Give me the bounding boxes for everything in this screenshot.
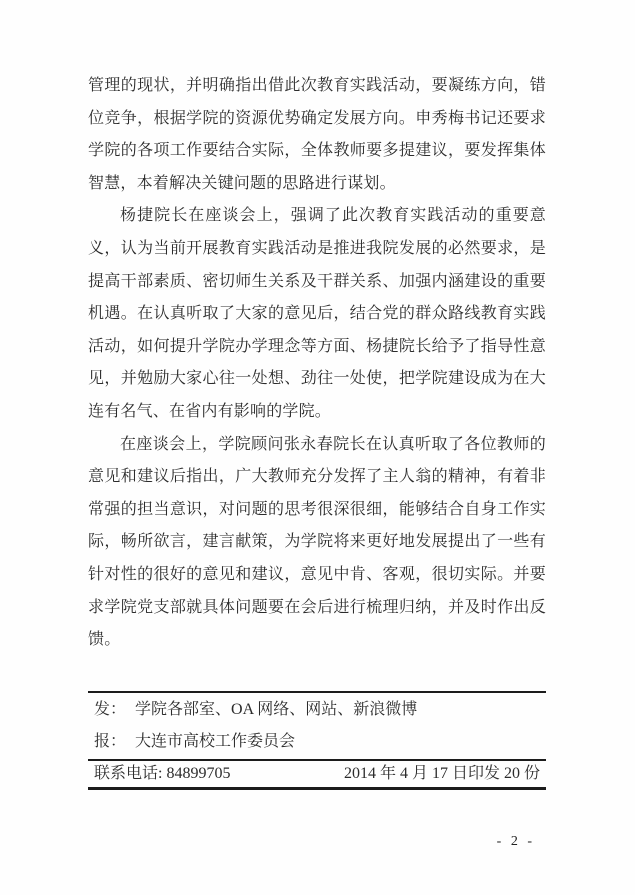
distribution-label: 发： xyxy=(94,701,126,718)
print-date-copies: 2014 年 4 月 17 日印发 20 份 xyxy=(344,761,540,787)
contact-phone: 联系电话: 84899705 xyxy=(94,761,230,787)
distribution-value: 学院各部室、OA 网络、网站、新浪微博 xyxy=(135,701,417,718)
report-line: 报：大连市高校工作委员会 xyxy=(88,726,546,758)
distribution-line: 发：学院各部室、OA 网络、网站、新浪微博 xyxy=(88,694,546,726)
report-value: 大连市高校工作委员会 xyxy=(135,733,295,750)
paragraph-yangjie-remarks: 杨捷院长在座谈会上，强调了此次教育实践活动的重要意义，认为当前开展教育实践活动是… xyxy=(88,200,546,428)
paragraph-zhangyongchun-remarks: 在座谈会上，学院顾问张永春院长在认真听取了各位教师的意见和建议后指出，广大教师充… xyxy=(88,429,546,657)
page-number: - 2 - xyxy=(497,834,535,850)
report-label: 报： xyxy=(94,733,126,750)
paragraph-continuation: 管理的现状，并明确指出借此次教育实践活动，要凝练方向，错位竞争，根据学院的资源优… xyxy=(88,70,546,200)
footer-rule-bottom xyxy=(88,787,546,790)
document-body: 管理的现状，并明确指出借此次教育实践活动，要凝练方向，错位竞争，根据学院的资源优… xyxy=(88,70,546,657)
footer-distribution-block: 发：学院各部室、OA 网络、网站、新浪微博 报：大连市高校工作委员会 xyxy=(88,693,546,759)
contact-line: 联系电话: 84899705 2014 年 4 月 17 日印发 20 份 xyxy=(88,761,546,787)
document-page: 管理的现状，并明确指出借此次教育实践活动，要凝练方向，错位竞争，根据学院的资源优… xyxy=(0,0,635,895)
document-footer: 发：学院各部室、OA 网络、网站、新浪微博 报：大连市高校工作委员会 联系电话:… xyxy=(88,691,546,790)
